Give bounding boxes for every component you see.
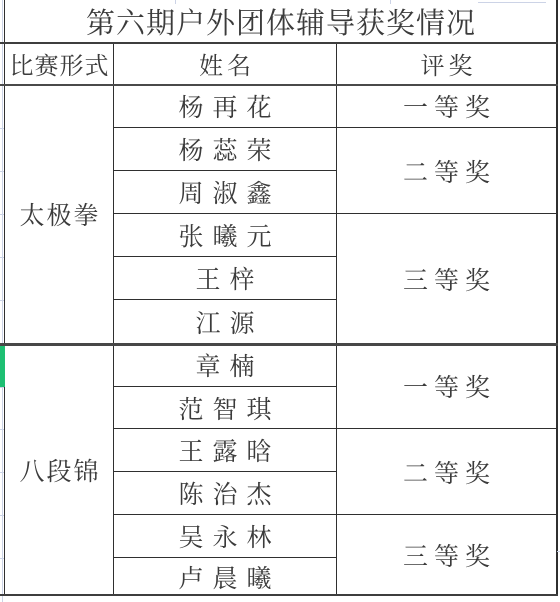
sheet-gridline	[0, 257, 4, 258]
awards-table: 第六期户外团体辅导获奖情况 比赛形式 姓名 评奖 太极拳 八段锦 杨再花 杨蕊荣…	[4, 0, 557, 596]
sheet-gridline	[0, 214, 4, 215]
sheet-gridline	[175, 0, 176, 4]
sheet-gridline	[390, 0, 391, 4]
cell-award[interactable]: 二等奖	[337, 128, 558, 214]
row-selection-indicator	[0, 346, 5, 387]
cell-name[interactable]: 张曦元	[114, 214, 337, 257]
cell-name[interactable]: 杨再花	[114, 85, 337, 128]
cell-form-taijiquan[interactable]: 太极拳	[5, 85, 114, 344]
cell-award[interactable]: 一等奖	[337, 344, 558, 429]
sheet-gridline	[2, 0, 3, 602]
cell-name[interactable]: 江源	[114, 300, 337, 344]
sheet-gridline	[0, 128, 4, 129]
cell-name[interactable]: 卢晨曦	[114, 558, 337, 596]
header-bottom-rule	[0, 84, 558, 86]
sheet-gridline	[0, 171, 4, 172]
cell-award[interactable]: 二等奖	[337, 429, 558, 515]
cell-award[interactable]: 一等奖	[337, 85, 558, 128]
sheet-gridline	[0, 558, 4, 559]
column-header-name[interactable]: 姓名	[114, 43, 337, 85]
cell-name[interactable]: 王露晗	[114, 429, 337, 472]
sheet-gridline	[0, 300, 4, 301]
cell-name[interactable]: 陈治杰	[114, 472, 337, 515]
cell-name[interactable]: 杨蕊荣	[114, 128, 337, 171]
cell-name[interactable]: 周淑鑫	[114, 171, 337, 214]
sheet-gridline	[0, 387, 4, 388]
sheet-gridline	[0, 472, 4, 473]
cell-name[interactable]: 章楠	[114, 344, 337, 387]
sheet-gridline	[0, 515, 4, 516]
sheet-gridline	[0, 429, 4, 430]
table-bottom-rule	[0, 594, 558, 596]
section-divider-rule	[0, 343, 558, 346]
cell-name[interactable]: 吴永林	[114, 515, 337, 558]
cell-form-baduanjin[interactable]: 八段锦	[5, 344, 114, 596]
cell-name[interactable]: 范智琪	[114, 387, 337, 429]
sheet-gridline	[478, 2, 546, 3]
column-header-award[interactable]: 评奖	[337, 43, 558, 85]
table-title: 第六期户外团体辅导获奖情况	[5, 0, 558, 43]
cell-award[interactable]: 三等奖	[337, 515, 558, 596]
title-bottom-rule	[0, 42, 558, 44]
cell-name[interactable]: 王梓	[114, 257, 337, 300]
spreadsheet-viewport: 第六期户外团体辅导获奖情况 比赛形式 姓名 评奖 太极拳 八段锦 杨再花 杨蕊荣…	[0, 0, 560, 602]
column-header-form[interactable]: 比赛形式	[5, 43, 114, 85]
cell-award[interactable]: 三等奖	[337, 214, 558, 344]
